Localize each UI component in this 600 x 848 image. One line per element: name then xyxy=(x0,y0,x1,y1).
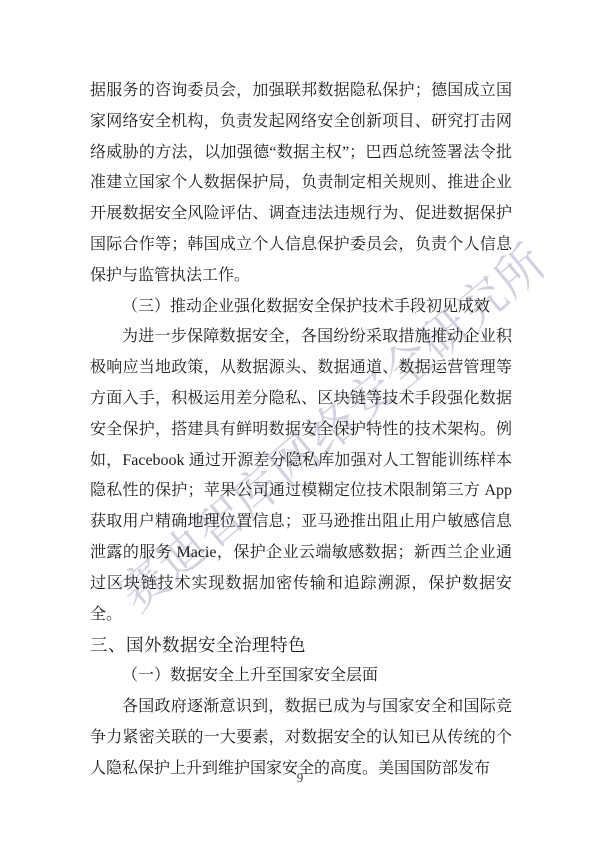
subsection-heading-3: （三）推动企业强化数据安全保护技术手段初见成效 xyxy=(90,292,512,323)
document-page: 赛迪智库网络安全研究所 据服务的咨询委员会，加强联邦数据隐私保护；德国成立国家网… xyxy=(0,0,600,848)
paragraph-continuation: 据服务的咨询委员会，加强联邦数据隐私保护；德国成立国家网络安全机构，负责发起网络… xyxy=(90,76,512,292)
page-content: 据服务的咨询委员会，加强联邦数据隐私保护；德国成立国家网络安全机构，负责发起网络… xyxy=(90,76,512,784)
paragraph-body: 为进一步保障数据安全，各国纷纷采取措施推动企业积极响应当地政策，从数据源头、数据… xyxy=(90,322,512,630)
section-heading: 三、国外数据安全治理特色 xyxy=(90,630,512,661)
subsection-heading-1: （一）数据安全上升至国家安全层面 xyxy=(90,661,512,692)
page-number: 9 xyxy=(0,770,600,786)
